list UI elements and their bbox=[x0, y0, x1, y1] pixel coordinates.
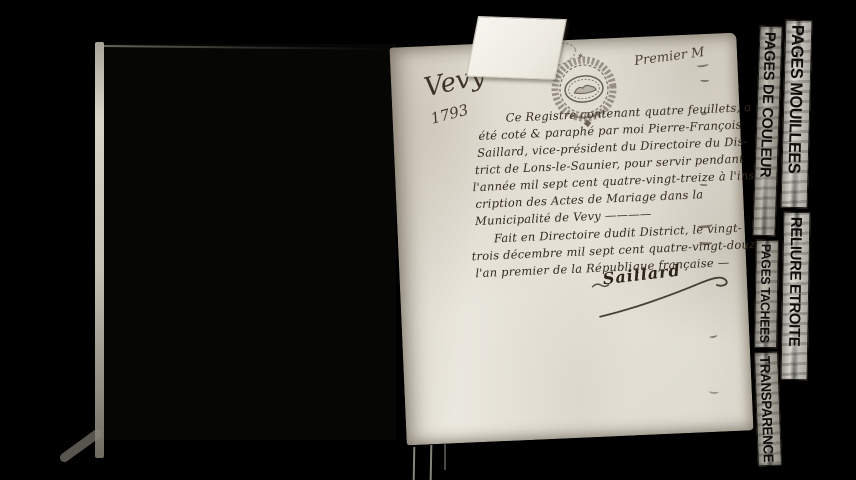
condition-label-strip: RELIURE ETROITE bbox=[781, 212, 811, 380]
condition-label: PAGES MOUILLEES bbox=[780, 21, 812, 202]
page-year: 1793 bbox=[429, 101, 470, 128]
condition-label: RELIURE ETROITE bbox=[780, 213, 810, 376]
condition-label-strip: PAGES MOUILLEES bbox=[781, 20, 813, 209]
condition-label-strip: PAGES DE COULEUR bbox=[752, 26, 782, 237]
condition-label: TRANSPARENCE bbox=[753, 353, 781, 463]
ink-fragment bbox=[709, 389, 719, 394]
cover-edge-left bbox=[95, 42, 104, 458]
condition-label-strip: PAGES TACHEES bbox=[754, 240, 779, 348]
ink-fragment bbox=[699, 240, 712, 245]
condition-label: PAGES TACHEES bbox=[753, 241, 778, 344]
condition-label: PAGES DE COULEUR bbox=[752, 27, 782, 231]
ink-fragment bbox=[700, 182, 708, 186]
svg-text:◆: ◆ bbox=[583, 117, 592, 129]
condition-label-strip: TRANSPARENCE bbox=[754, 352, 782, 467]
ink-fragment bbox=[696, 61, 709, 68]
book-cover bbox=[96, 44, 396, 440]
page-edge-line bbox=[413, 447, 416, 480]
page-edge-line bbox=[444, 444, 446, 470]
ink-fragment bbox=[700, 78, 709, 82]
corner-annotation: Premier M bbox=[633, 45, 705, 69]
archive-scan-background: Vevy 1793 Premier M Ce Registre contenan… bbox=[0, 0, 856, 480]
svg-text:✶: ✶ bbox=[576, 51, 585, 62]
paper-tab bbox=[466, 16, 567, 80]
signature-flourish bbox=[590, 271, 742, 322]
page-edge-line bbox=[430, 445, 433, 480]
ink-fragment bbox=[709, 333, 718, 338]
